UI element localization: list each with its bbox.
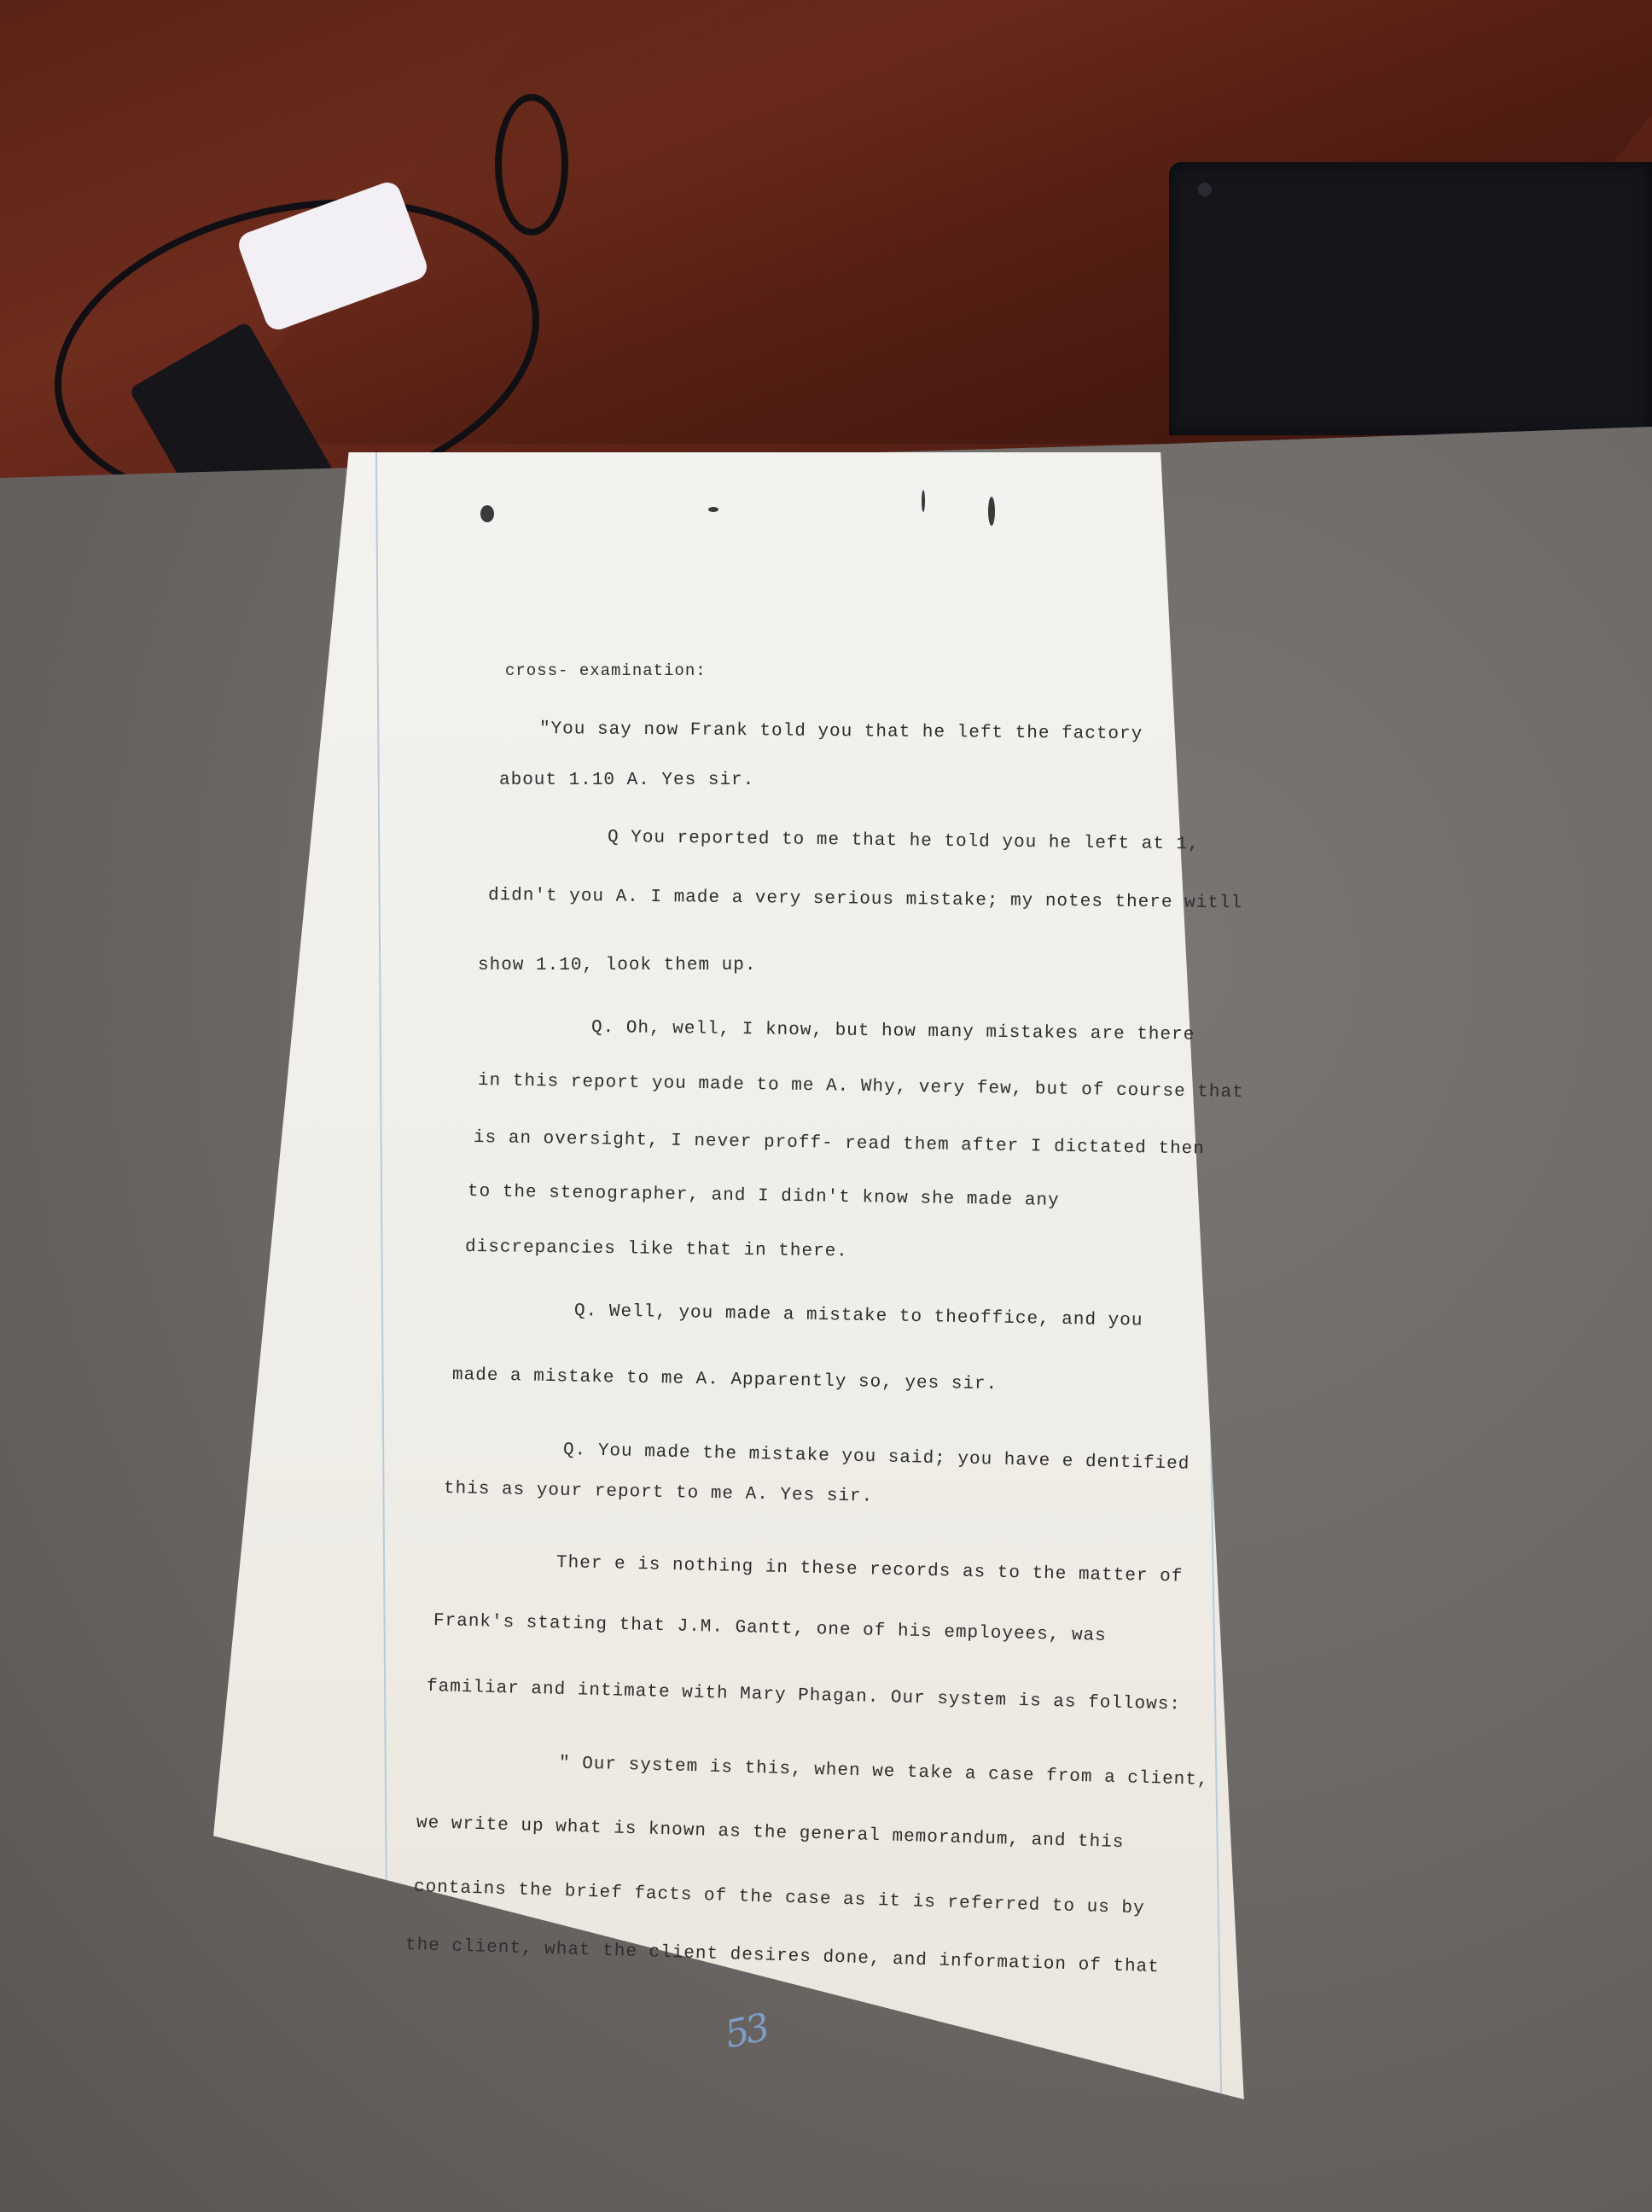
document-line: about 1.10 A. Yes sir. [499, 771, 754, 790]
typed-document-page [213, 452, 1254, 2099]
punch-hole [988, 497, 995, 526]
document-heading: cross- examination: [505, 661, 707, 680]
punch-hole [922, 490, 925, 512]
tablet-case [1169, 162, 1652, 435]
punch-hole [708, 507, 718, 512]
camera-hole-icon [1198, 183, 1212, 196]
punch-hole [480, 505, 494, 522]
document-line: show 1.10, look them up. [478, 956, 756, 975]
charger-cable [495, 94, 568, 236]
left-margin-line [375, 452, 387, 1903]
handwritten-page-number: 53 [721, 2006, 771, 2058]
